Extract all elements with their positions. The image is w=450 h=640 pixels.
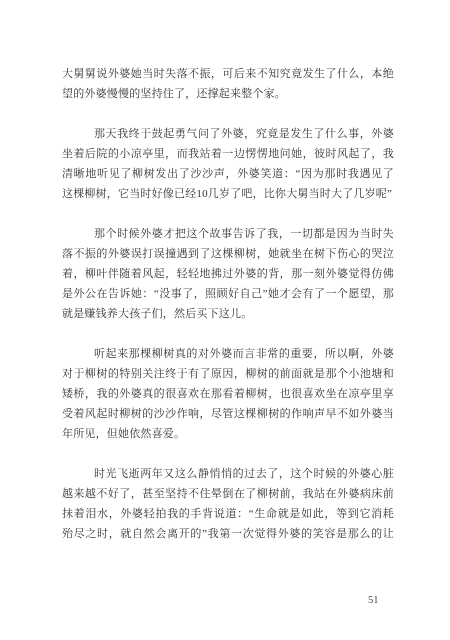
text-line: 清晰地听见了柳树发出了沙沙声，外婆笑道：“因为那时我遇见了: [62, 164, 394, 184]
paragraph: 那天我终于鼓起勇气问了外婆，究竟是发生了什么事，外婆坐着后院的小凉亭里，而我站着…: [62, 124, 394, 204]
paragraph: 那个时候外婆才把这个故事告诉了我，一切都是因为当时失落不振的外婆误打误撞遇到了这…: [62, 224, 394, 324]
text-line: 时光飞逝两年又这么静悄悄的过去了，这个时候的外婆心脏: [62, 464, 394, 484]
text-line: 着，柳叶伴随着风起，轻轻地拂过外婆的背，那一刻外婆觉得仿佛: [62, 264, 394, 284]
paragraph: 大舅舅说外婆她当时失落不振，可后来不知究竟发生了什么，本绝望的外婆慢慢的坚持住了…: [62, 64, 394, 104]
text-line: 年所见，但她依然喜爱。: [62, 424, 394, 444]
text-line: 对于柳树的特别关注终于有了原因，柳树的前面就是那个小池塘和: [62, 364, 394, 384]
text-line: 这棵柳树，它当时好像已经10几岁了吧，比你大舅当时大了几岁呢”: [62, 184, 394, 204]
text-line: 听起来那棵柳树真的对外婆而言非常的重要，所以啊，外婆: [62, 344, 394, 364]
page-body: 大舅舅说外婆她当时失落不振，可后来不知究竟发生了什么，本绝望的外婆慢慢的坚持住了…: [62, 64, 394, 544]
text-line: 就是赚钱养大孩子们，然后买下这儿。: [62, 304, 394, 324]
document-page: 大舅舅说外婆她当时失落不振，可后来不知究竟发生了什么，本绝望的外婆慢慢的坚持住了…: [0, 0, 450, 640]
text-line: 抹着泪水，外婆轻拍我的手背说道：“生命就是如此，等到它消耗: [62, 504, 394, 524]
text-line: 矮桥，我的外婆真的很喜欢在那看着柳树，也很喜欢坐在凉亭里享: [62, 384, 394, 404]
text-line: 大舅舅说外婆她当时失落不振，可后来不知究竟发生了什么，本绝: [62, 64, 394, 84]
text-line: 望的外婆慢慢的坚持住了，还撑起来整个家。: [62, 84, 394, 104]
text-line: 坐着后院的小凉亭里，而我站着一边愣愣地问她，彼时风起了，我: [62, 144, 394, 164]
text-line: 受着风起时柳树的沙沙作响，尽管这棵柳树的作响声早不如外婆当: [62, 404, 394, 424]
paragraph: 听起来那棵柳树真的对外婆而言非常的重要，所以啊，外婆对于柳树的特别关注终于有了原…: [62, 344, 394, 444]
text-line: 落不振的外婆误打误撞遇到了这棵柳树，她就坐在树下伤心的哭泣: [62, 244, 394, 264]
text-line: 是外公在告诉她：“没事了，照顾好自己”她才会有了一个愿望，那: [62, 284, 394, 304]
text-line: 那个时候外婆才把这个故事告诉了我，一切都是因为当时失: [62, 224, 394, 244]
page-number: 51: [368, 595, 379, 607]
text-line: 那天我终于鼓起勇气问了外婆，究竟是发生了什么事，外婆: [62, 124, 394, 144]
text-line: 越来越不好了，甚至坚持不住晕倒在了柳树前，我站在外婆病床前: [62, 484, 394, 504]
paragraph: 时光飞逝两年又这么静悄悄的过去了，这个时候的外婆心脏越来越不好了，甚至坚持不住晕…: [62, 464, 394, 544]
text-line: 殆尽之时，就自然会离开的”我第一次觉得外婆的笑容是那么的让: [62, 524, 394, 544]
